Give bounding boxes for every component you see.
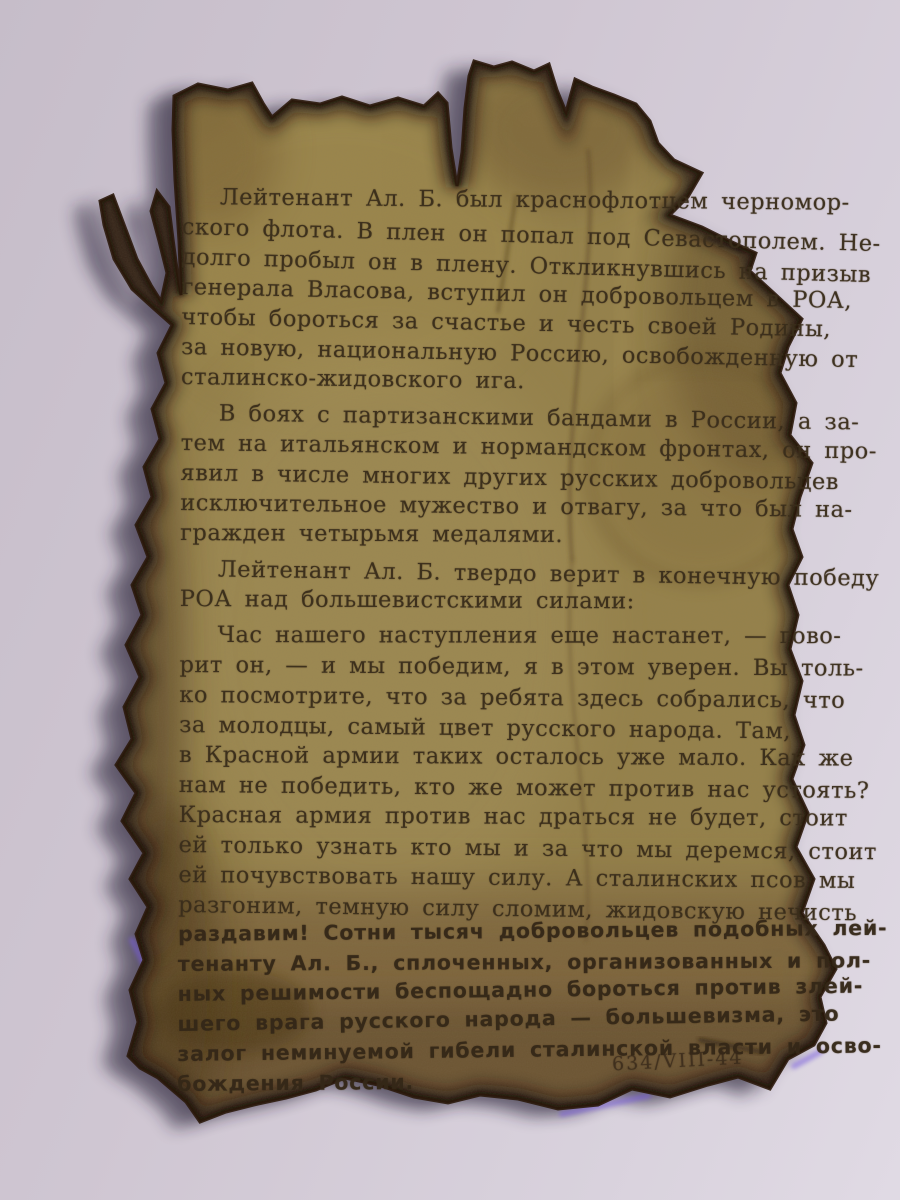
text-line: нам не победить, кто же может против нас… bbox=[179, 772, 824, 808]
text-line: рит он, — и мы победим, я в этом уверен.… bbox=[179, 652, 824, 685]
text-line: Час нашего наступления еще настанет, — г… bbox=[180, 622, 825, 653]
text-line: Красная армия против нас драться не буде… bbox=[179, 802, 824, 835]
text-line: раздавим! Сотни тысяч добровольцев подоб… bbox=[178, 916, 823, 952]
text-line: бождения России. bbox=[177, 1066, 822, 1102]
text-line: Лейтенант Ал. Б. был краснофлотцем черно… bbox=[182, 184, 827, 220]
photo-of-burned-leaflet: Лейтенант Ал. Б. был краснофлотцем черно… bbox=[0, 0, 900, 1200]
leaflet-text-block: Лейтенант Ал. Б. был краснофлотцем черно… bbox=[177, 184, 827, 1105]
